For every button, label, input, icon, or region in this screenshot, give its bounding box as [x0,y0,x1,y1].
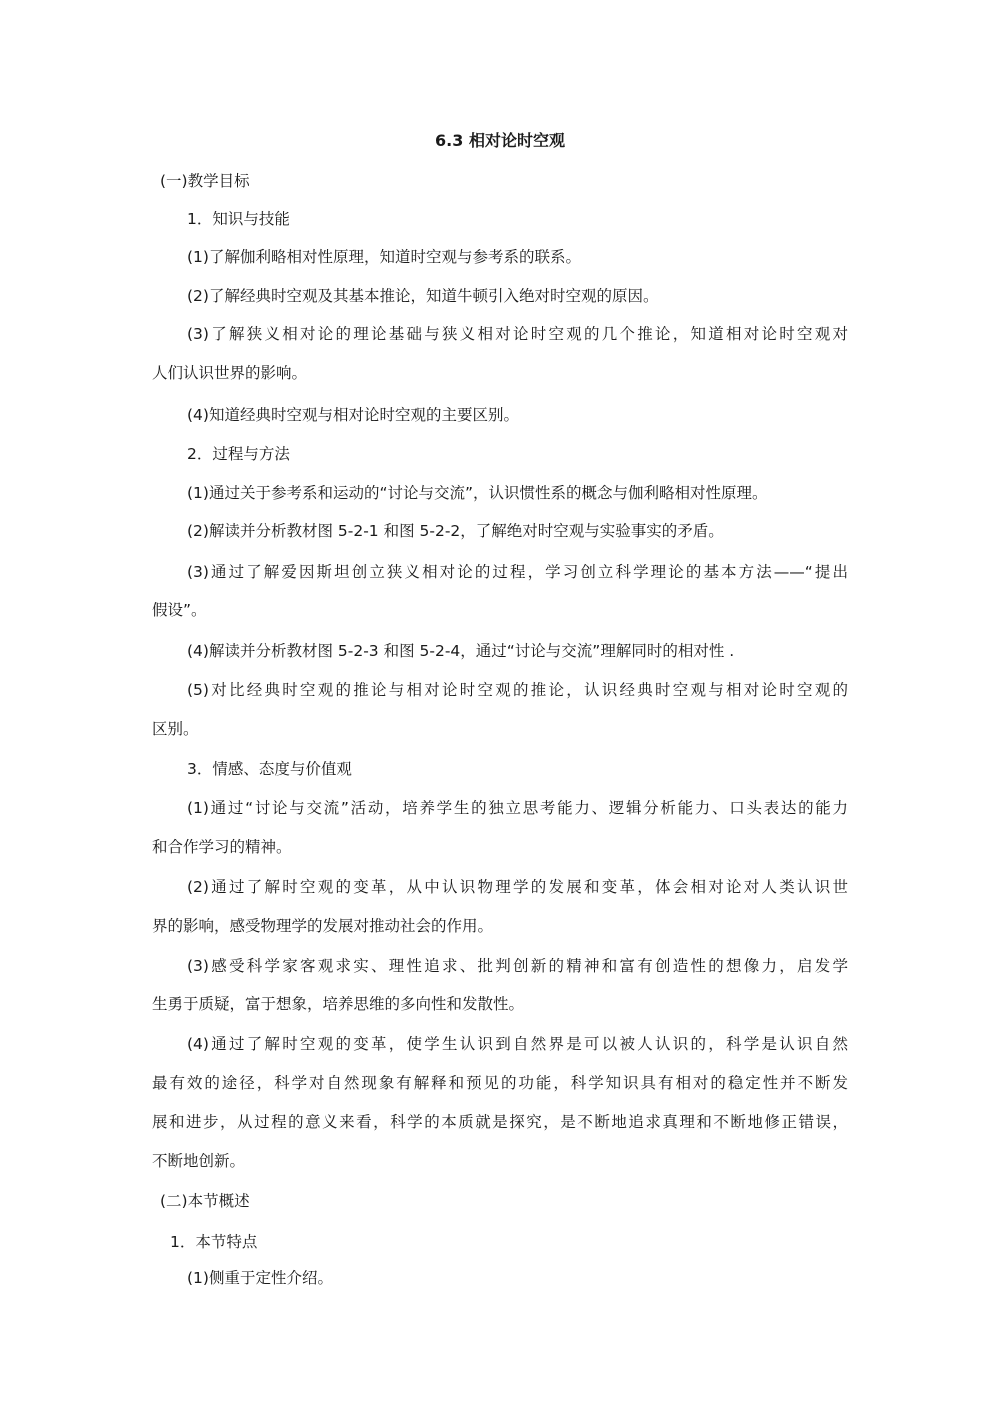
paragraph-line: 假设”。 [152,598,207,622]
paragraph-line: (4)解读并分析教材图 5-2-3 和图 5-2-4，通过“讨论与交流”理解同时… [187,639,734,663]
paragraph-line: 界的影响，感受物理学的发展对推动社会的作用。 [152,914,493,938]
paragraph-line: 人们认识世界的影响。 [152,361,307,385]
paragraph-line: (1)通过关于参考系和运动的“讨论与交流”，认识惯性系的概念与伽利略相对性原理。 [187,481,768,505]
section-heading-objectives: (一)教学目标 [160,169,250,193]
document-page: 6.3 相对论时空观 (一)教学目标 1．知识与技能 (1)了解伽利略相对性原理… [0,0,1000,1414]
paragraph-line: 最有效的途径，科学对自然现象有解释和预见的功能，科学知识具有相对的稳定性并不断发 [152,1071,848,1095]
paragraph-line: (4)通过了解时空观的变革，使学生认识到自然界是可以被人认识的，科学是认识自然 [187,1032,848,1056]
paragraph-line: 和合作学习的精神。 [152,835,292,859]
paragraph-line: (2)通过了解时空观的变革，从中认识物理学的发展和变革，体会相对论对人类认识世 [187,875,848,899]
paragraph-line: 区别。 [152,717,199,741]
paragraph-line: (5)对比经典时空观的推论与相对论时空观的推论，认识经典时空观与相对论时空观的 [187,678,848,702]
section-heading-overview: (二)本节概述 [160,1189,250,1213]
subsection-heading-features: 1．本节特点 [170,1230,257,1254]
paragraph-line: 不断地创新。 [152,1149,245,1173]
paragraph-line: (4)知道经典时空观与相对论时空观的主要区别。 [187,403,519,427]
paragraph-line: (1)通过“讨论与交流”活动，培养学生的独立思考能力、逻辑分析能力、口头表达的能… [187,796,848,820]
paragraph-line: 生勇于质疑，富于想象，培养思维的多向性和发散性。 [152,992,524,1016]
subsection-heading-process: 2．过程与方法 [187,442,290,466]
subsection-heading-knowledge: 1．知识与技能 [187,207,290,231]
paragraph-line: (3)感受科学家客观求实、理性追求、批判创新的精神和富有创造性的想像力，启发学 [187,954,848,978]
paragraph-line: (2)解读并分析教材图 5-2-1 和图 5-2-2，了解绝对时空观与实验事实的… [187,519,724,543]
paragraph-line: (3)了解狭义相对论的理论基础与狭义相对论时空观的几个推论，知道相对论时空观对 [187,322,848,346]
paragraph-line: 展和进步，从过程的意义来看，科学的本质就是探究，是不断地追求真理和不断地修正错误… [152,1110,848,1134]
paragraph-line: (2)了解经典时空观及其基本推论，知道牛顿引入绝对时空观的原因。 [187,284,658,308]
document-title: 6.3 相对论时空观 [0,129,1000,153]
paragraph-line: (1)侧重于定性介绍。 [187,1266,333,1290]
subsection-heading-attitudes: 3．情感、态度与价值观 [187,757,352,781]
paragraph-line: (1)了解伽利略相对性原理，知道时空观与参考系的联系。 [187,245,581,269]
paragraph-line: (3)通过了解爱因斯坦创立狭义相对论的过程，学习创立科学理论的基本方法——“提出 [187,560,848,584]
